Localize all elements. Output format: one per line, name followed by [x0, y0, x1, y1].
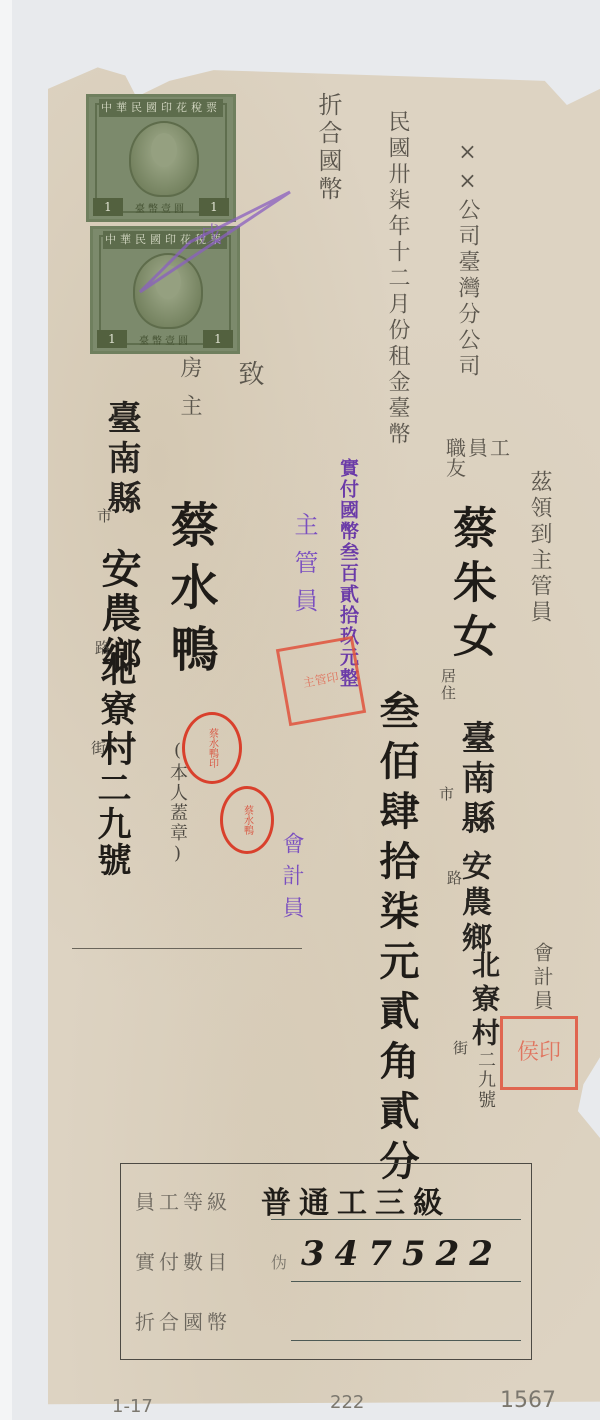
employee-road-label: 路 [446, 870, 461, 887]
employee-village: 北寮村 [470, 950, 498, 1052]
right-accountant-label: 會計員 [532, 942, 552, 1014]
employee-township: 安農鄉 [458, 850, 488, 958]
row-underline [291, 1340, 521, 1341]
row-label-actual-paid: 實付數目 [135, 1246, 231, 1275]
cancellation-triangle-icon: 戊 [130, 182, 300, 302]
row-underline [291, 1281, 521, 1282]
landlord-name: 蔡水鴨 [166, 500, 214, 686]
actual-paid-prefix: 伪 [271, 1250, 287, 1273]
divider-line [72, 948, 302, 949]
manager-seal: 主管印 [276, 636, 366, 726]
receipt-heading: 茲領到主管員 [528, 470, 550, 626]
face-icon [151, 133, 177, 167]
landlord-seal-2: 蔡水鴨 [220, 786, 274, 854]
stamp-footer: 1 臺幣壹圓 1 [97, 329, 233, 349]
landlord-house-number: 二九號 [94, 770, 128, 878]
wage-info-table: 員工等級 普通工三級 實付數目 伪 347522 折合國幣 [120, 1163, 532, 1360]
convert-national-currency-label: 折合國幣 [316, 92, 340, 204]
rent-period: 民國卅柒年十二月份租金臺幣 [386, 110, 408, 448]
stamp-number-right: 1 [203, 330, 233, 348]
landlord-label: 房主 [178, 356, 200, 432]
landlord-county: 臺南縣 [104, 400, 138, 520]
employee-county: 臺南縣 [458, 720, 492, 840]
accountant-seal: 侯印 [500, 1016, 578, 1090]
row-underline [271, 1219, 521, 1220]
pencil-note-right: 1567 [500, 1388, 556, 1413]
row-label-converted-currency: 折合國幣 [135, 1306, 231, 1335]
accountant-label: 會計員 [280, 832, 302, 928]
employee-name: 蔡朱女 [448, 505, 492, 667]
landlord-seal-1: 蔡水鴨印 [182, 712, 242, 784]
stamp-header: 中華民國印花稅票 [99, 99, 223, 117]
stamp-denomination: 臺幣壹圓 [139, 332, 191, 347]
rent-amount-handwritten: 叁佰肆拾柒元貳角貳分 [376, 690, 416, 1190]
employee-street-label: 街 [452, 1040, 467, 1057]
stamp-number-left: 1 [93, 198, 123, 216]
landlord-city-label: 市 [96, 508, 111, 525]
residence-prefix: 居住 [440, 668, 455, 702]
row-label-employee-grade: 員工等級 [135, 1186, 231, 1215]
actual-paid-value: 347522 [301, 1234, 503, 1274]
addressed-to: 致 [236, 360, 262, 390]
stamp-number-left: 1 [97, 330, 127, 348]
scanner-edge [0, 0, 12, 1420]
employee-role: 職員工友 [446, 438, 526, 478]
employee-grade-value: 普通工三級 [261, 1178, 451, 1222]
svg-text:戊: 戊 [200, 223, 222, 248]
pencil-note-center: 222 [330, 1392, 364, 1413]
manager-label: 主管員 [292, 512, 316, 626]
company-name: ××公司臺灣分公司 [456, 140, 478, 380]
landlord-street-label: 街 [90, 740, 105, 757]
employee-house-number: 二九號 [476, 1050, 494, 1110]
employee-city-label: 市 [438, 786, 453, 803]
pencil-note-left: 1-17 [112, 1396, 153, 1417]
